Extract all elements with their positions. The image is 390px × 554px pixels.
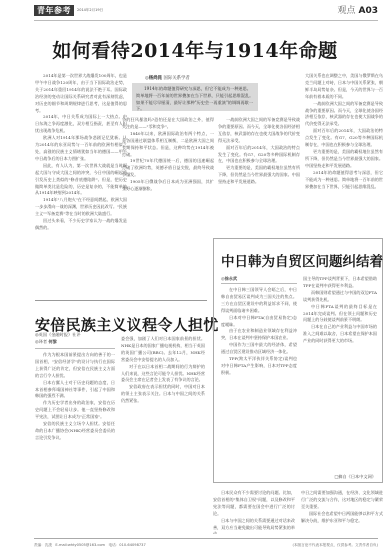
- paragraph: 更为重要的是，美国的霸权地位虽然有所下降，但仍然是当今世界最强大的国家。中国坚持…: [305, 149, 383, 170]
- article2-translator: 何黎: [48, 339, 56, 344]
- paragraph: 面对百年后的2014年，大国政治的特点发生了变化。有G7、G20等多种国际机制存…: [218, 145, 300, 166]
- paragraph: 面对百年后的2014年，大国政治的特点发生了变化。有G7、G20等多种国际机制存…: [305, 128, 383, 149]
- section-name: 观点: [337, 6, 355, 16]
- paragraph: 一战前欧洲大国之间的军备竞赛是导致战争的重要原因。而今天，全球化使各国经济相互依…: [305, 101, 383, 129]
- paragraph: 欧洲人对1914年那场战争悲剧记忆犹新。认为2014年的东亚局势与一百年前的欧洲…: [35, 135, 127, 163]
- paragraph: 中日之间需要加强沟通，在经济、文化领域进行广泛的交流与合作，这对地区的稳定与繁荣…: [301, 490, 383, 511]
- paragraph: 日本对中日韩FTA(自由贸易协定)态度暧昧。: [221, 315, 297, 329]
- paragraph: 争的狂风暴浪吗?恐怕还是在大国政治之外，值得关注的是——"零和竞争"。: [122, 117, 214, 131]
- footer-divider: [34, 538, 378, 539]
- paragraph: 日本在自己的产业利益与中国市场的准入之间难以取舍，日本希望在保护本国产业的同时获…: [303, 324, 377, 345]
- article3-author: 徐永武: [225, 276, 238, 281]
- paragraph: 大国关系也在调整之中，美国与俄罗斯在乌克兰问题上对峙，日本与中国关系紧张，朝鲜半…: [305, 73, 383, 101]
- paragraph: 安倍的民族主义立场令人担忧。安倍任命的日本广播协会(NHK)经营委员会委员的言论…: [35, 421, 115, 442]
- footer-editor: 责编：沈浚: [34, 543, 52, 547]
- article2-continued-column-2: 中日之间需要加强沟通，在经济、文化领域进行广泛的交流与合作，这对地区的稳定与繁荣…: [301, 490, 383, 534]
- paragraph: 中日韩FTA谈判的最终目标是在2014年完成谈判。但在领土问题和历史问题上的分歧…: [303, 304, 377, 325]
- article3-byline: ◎徐永武: [221, 276, 237, 282]
- translator-label: ◎译者: [35, 339, 47, 344]
- paragraph: 作为历史学者出身的政治家，安倍在历史问题上不会轻易让步。他一直坚持修改和平宪法，…: [35, 400, 115, 421]
- article2-byline: ◎英国《金融时报》社评 ◎译者 何黎: [35, 332, 81, 345]
- publication-date: 2014年2月19日: [77, 8, 103, 13]
- paragraph: TPP(跨太平洋伙伴关系协定)谈判也对中日韩FTA产生影响，日本对TPP态度积极…: [221, 356, 297, 377]
- article1-column-2b: 一战前欧洲大国之间的军备竞赛是导致战争的重要原因。而今天，全球化使各国经济相互依…: [218, 117, 300, 231]
- article1-column-3: 大国关系也在调整之中，美国与俄罗斯在乌克兰问题上对峙，日本与中国关系紧张，朝鲜半…: [305, 73, 383, 231]
- byline-divider: [35, 348, 115, 349]
- section-divider: [35, 300, 207, 301]
- paragraph: 对于在以日本首相二战期间的行为辩护的人们来说，这些言论可能令人担忧。NHK经营委…: [121, 364, 205, 385]
- paragraph: 2014年的命题值得思考与深思，但它不能成为一种迷思。简单地将一百年前的世界叠加…: [305, 170, 383, 191]
- paragraph: 1840年以来，欧洲国际政治有两个特点，一是各国通过联盟体系相互制衡，二是欧洲大…: [122, 131, 214, 159]
- paragraph: 国际社会也希望中日两国能够以和平方式解决分歧，维护东亚和平与稳定。: [301, 511, 383, 525]
- article1-column-2: 争的狂风暴浪吗?恐怕还是在大国政治之外，值得关注的是——"零和竞争"。 1840…: [122, 117, 214, 291]
- paragraph: 1905年日俄战争后日本成为亚洲强国，其扩张野心逐渐膨胀。: [122, 179, 214, 193]
- article2-column-2: 委会强，加剧了人们对日本国家前景的担忧。NHK是日本的国家广播电视机构，相当于英…: [121, 336, 205, 532]
- header-divider: [34, 20, 378, 21]
- paragraph: 2014年是第一次世界大战爆发100周年，也是甲午中日战争120周年，由于当下国…: [35, 73, 127, 114]
- article1-author: 杨尚昆: [149, 76, 162, 81]
- article3-source: □摘自《日本中文网》: [334, 474, 376, 480]
- article2-column-1: 作为为根本国前景提出方向的善于的一国首相，"安倍经济学"的设计与执行在国际上获得…: [35, 352, 115, 532]
- paragraph: 1914年"八月炮火"在不经意间燃起，欧洲大国一步步滑向一战的深渊，世界历史因此…: [35, 197, 127, 218]
- paragraph: 回过头来看，不少历史学家认为一战的爆发是偶然的。: [35, 218, 127, 232]
- paragraph: 一战前欧洲大国之间的军备竞赛是导致战争的重要原因。而今天，全球化使各国经济相互依…: [218, 117, 300, 145]
- paragraph: 2014年，中日关系成为国际上一大热点。中日东海之争再度激化，双方相互指责，甚至…: [35, 114, 127, 135]
- paragraph: 19世纪70年代德国统一后，德国的迅速崛起打破了欧洲均势，英德矛盾日益尖锐，最终…: [122, 158, 214, 179]
- article1-byline: ◎杨尚昆 国际关系学者: [145, 75, 190, 81]
- section-label: 观点A03: [337, 3, 378, 16]
- paragraph: 委会强，加剧了人们对日本国家前景的担忧。NHK是日本的国家广播电视机构，相当于英…: [121, 336, 205, 364]
- footer-disclaimer: (本版言论不代表本报观点，仅供参考。文责作者自负): [293, 543, 378, 548]
- paragraph: 由于在农业和制造业领域存在利益冲突，日本在谈判中坚持保护本国农业。: [221, 328, 297, 342]
- paragraph: 国主导的TPP谈判背景下，日本希望借助TPP在谈判中获得更多利益。: [303, 276, 377, 290]
- footer-contact: 责编：沈浚 E-mail:whty0505@163.com 电话：010-640…: [34, 543, 146, 548]
- article3-title: 中日韩为自贸区问题纠结着: [221, 250, 383, 270]
- page-number: A03: [359, 6, 379, 16]
- paragraph: 作为为根本国前景提出方向的善于的一国首相，"安倍经济学"的设计与执行在国际上获得…: [35, 352, 115, 380]
- article1-column-1: 2014年是第一次世界大战爆发100周年，也是甲午中日战争120周年，由于当下国…: [35, 73, 127, 291]
- paragraph: 中国作为三国中最大的经济体，希望通过自贸区建设推动区域经济一体化。: [221, 342, 297, 356]
- paragraph: 更为重要的是，美国的霸权地位虽然有所下降，但仍然是当今世界最强大的国家。中国坚持…: [218, 165, 300, 186]
- article3-column-2: 国主导的TPP谈判背景下，日本希望借助TPP在谈判中获得更多利益。 而韩国则希望…: [303, 276, 377, 472]
- article3-column-1: 在中日韩三国领导人会晤之后，中日韩自由贸易区谈判成为三国关注的焦点。三方在自贸区…: [221, 287, 297, 473]
- byline-divider: [221, 283, 297, 284]
- footer-email: E-mail:whty0505@163.com: [55, 543, 105, 547]
- masthead-logo: 青年参考: [34, 5, 74, 16]
- article1-affiliation: 国际关系学者: [163, 76, 189, 81]
- paragraph: 日本民众有不少需要讨论的问题。比如，安倍首相的"集体自卫权"问题，以及修改和平宪…: [213, 490, 295, 518]
- paragraph: 安倍政府在表示担忧的同时，中国对日本的领土主张表示关注。日本与中国之间的关系仍然…: [121, 384, 205, 405]
- paragraph: 而韩国则希望通过与中国的双边FTA谈判获得先机。: [303, 290, 377, 304]
- paragraph: 在中日韩三国领导人会晤之后，中日韩自由贸易区谈判成为三国关注的焦点。三方在自贸区…: [221, 287, 297, 315]
- paragraph: 日本右翼人士对于历史问题的态度，日本首相参拜靖国神社等事件，引起了中国和韩国的强…: [35, 380, 115, 401]
- article1-lead-quote: 1914年的命题值得研究与深思，但它不能成为一种迷思。简单地将一百年前的世界叠加…: [132, 83, 258, 111]
- paragraph: 因此，有人认为，第一次世界大战就是当时崛起大国与守成大国之间的冲突，今日中国的崛…: [35, 163, 127, 198]
- article2-continued-column-1: 日本民众有不少需要讨论的问题。比如，安倍首相的"集体自卫权"问题，以及修改和平宪…: [213, 490, 295, 534]
- article1-title: 如何看待2014年与1914年命题: [0, 36, 390, 63]
- paragraph: 日本与中国之间的关系需要通过对话来改善，双方应当避免做出可能导致局势紧张的举动。: [213, 518, 295, 534]
- footer-phone: 电话：010-64098737: [109, 543, 146, 547]
